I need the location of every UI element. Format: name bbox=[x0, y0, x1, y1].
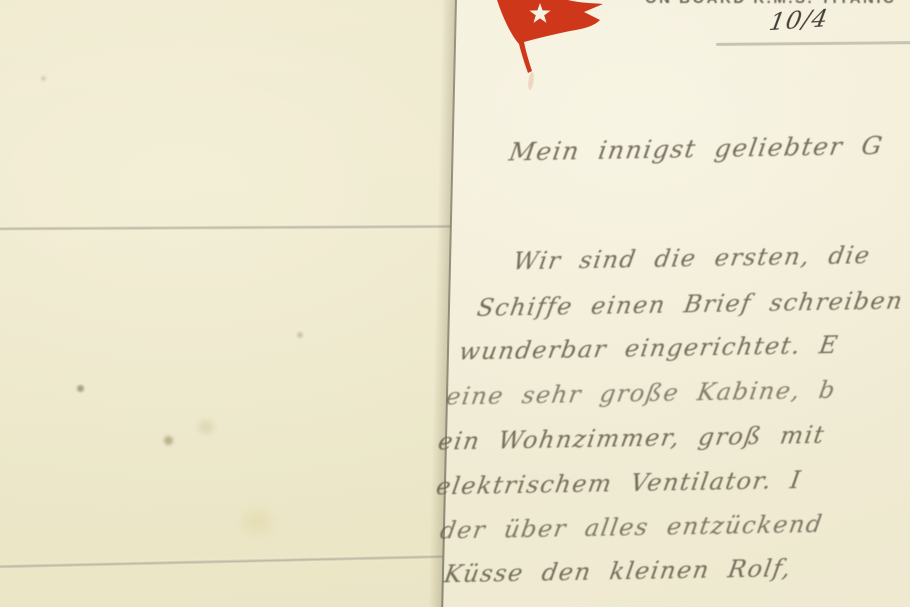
paper-smudge bbox=[198, 420, 214, 434]
paper-stain bbox=[242, 510, 272, 534]
letter-photograph: ON BOARD R.M.S. TITANIC 10/4 Mein innigs… bbox=[0, 0, 910, 607]
fold-crease-top bbox=[0, 224, 456, 231]
handwritten-date: 10/4 bbox=[767, 4, 831, 36]
letterhead-text-fragment: ON BOARD R.M.S. TITANIC bbox=[645, 0, 896, 7]
foxing-spot bbox=[297, 332, 303, 338]
foxing-spot bbox=[164, 436, 173, 445]
fold-crease-bottom bbox=[0, 554, 450, 569]
foxing-spot bbox=[41, 76, 46, 81]
foxing-spot bbox=[77, 385, 84, 392]
white-star-line-flag-icon bbox=[478, 0, 628, 96]
